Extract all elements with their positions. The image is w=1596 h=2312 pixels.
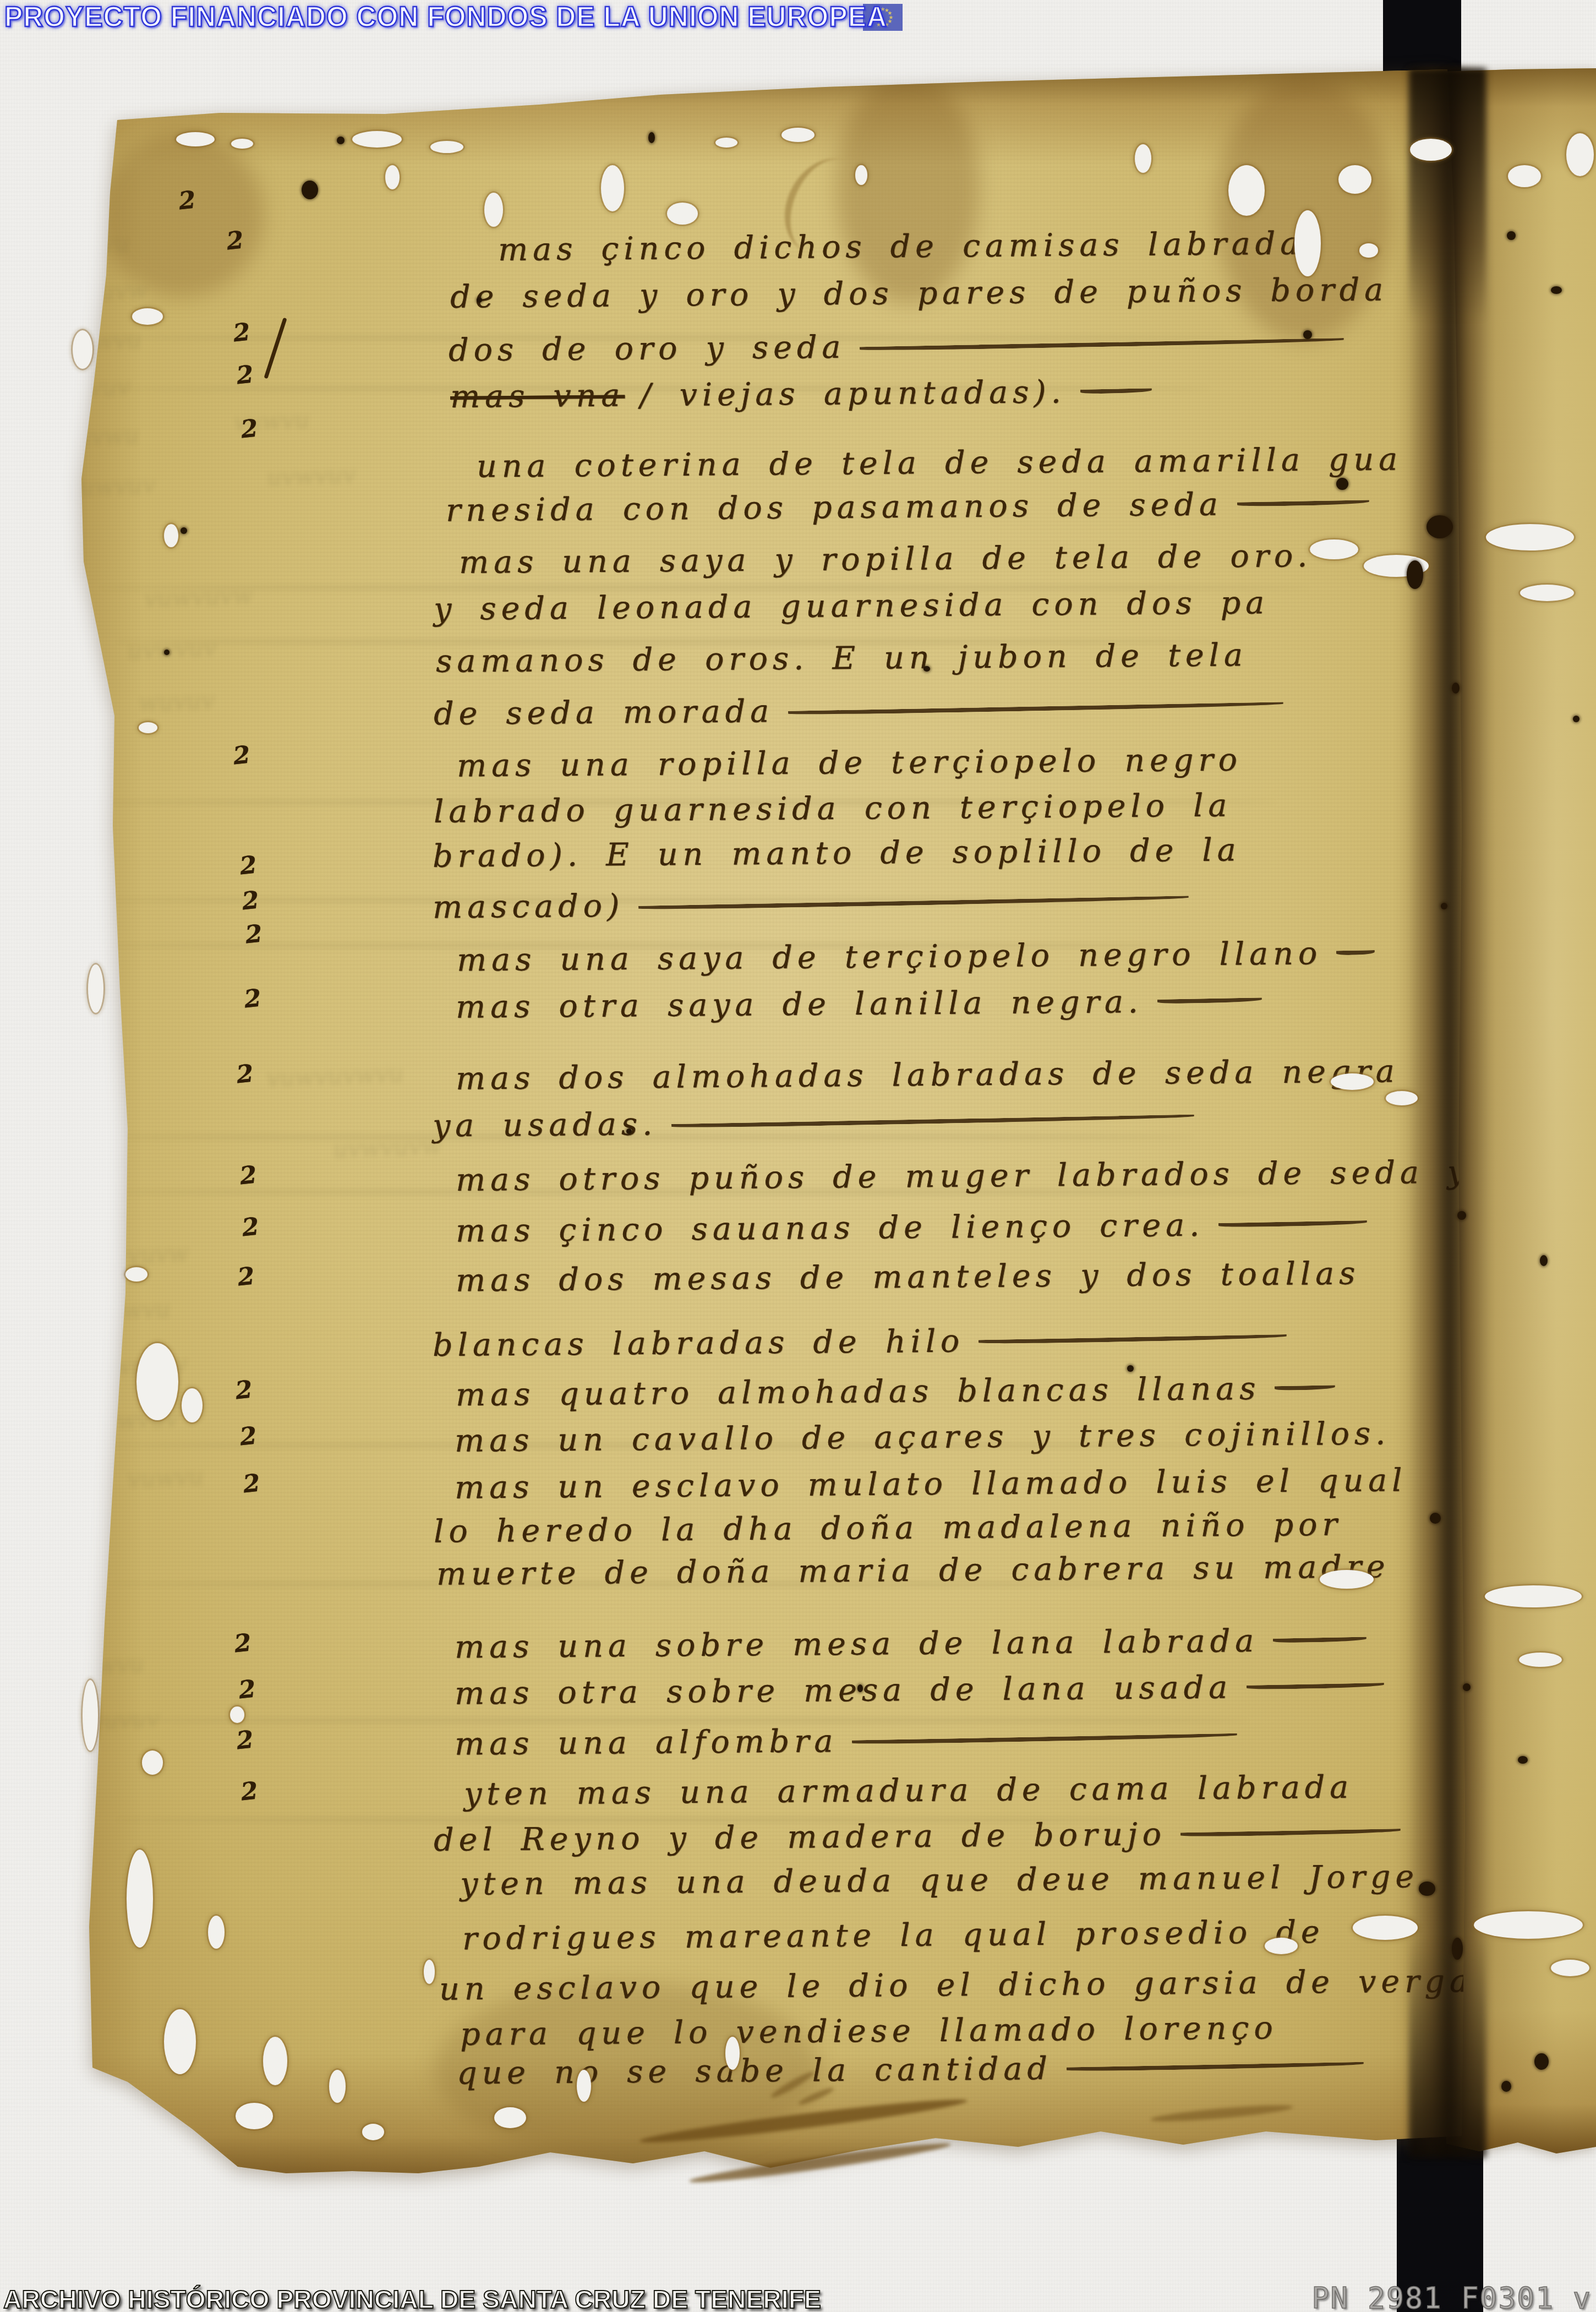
paper-damage-spot — [484, 193, 503, 227]
margin-mark-2: 2 — [225, 226, 245, 256]
manuscript-page-content: uvuwvuwuvuvwvuwvuuvwvuvvuvwuuwvuvvuwvuvw… — [50, 66, 1469, 2191]
paper-damage-spot — [430, 141, 463, 153]
manuscript-line: ya usadas. — [433, 1098, 1195, 1148]
manuscript-line: muerte de doña maria de cabrera su madre — [436, 1545, 1390, 1596]
paper-damage-spot — [182, 1388, 203, 1422]
manuscript-line: mas una saya de terçiopelo negro llano — [457, 931, 1375, 982]
manuscript-line: una coterina de tela de seda amarilla gu… — [477, 437, 1403, 488]
margin-mark-2: 2 — [244, 920, 264, 950]
archive-name-caption: ARCHIVO HISTÓRICO PROVINCIAL DE SANTA CR… — [3, 2284, 821, 2312]
entry-fill-rule — [1067, 2062, 1364, 2072]
manuscript-line: brado). E un manto de soplillo de la — [433, 828, 1241, 879]
manuscript-line: samanos de oros. E un jubon de tela — [436, 633, 1248, 684]
paper-damage-spot — [577, 2070, 591, 2102]
manuscript-line: mas un cavallo de açares y tres cojinill… — [455, 1411, 1391, 1463]
wormhole-spot — [1441, 903, 1447, 909]
paper-damage-spot — [125, 1267, 147, 1282]
margin-mark-2: 2 — [236, 1262, 256, 1292]
paper-damage-spot — [667, 203, 698, 225]
manuscript-line: mas otros puños de muger labrados de sed… — [456, 1149, 1562, 1202]
paper-damage-spot — [1474, 1911, 1583, 1939]
wormhole-spot — [626, 1128, 632, 1134]
entry-fill-rule — [638, 896, 1189, 910]
paper-damage-spot — [1519, 1653, 1562, 1667]
paper-damage-spot — [1508, 165, 1541, 187]
wormhole-spot — [1336, 478, 1348, 490]
wormhole-spot — [648, 132, 655, 143]
paper-damage-spot — [715, 138, 737, 148]
wormhole-spot — [1452, 1938, 1463, 1960]
entry-fill-rule — [1275, 1385, 1335, 1391]
margin-mark-2: 2 — [235, 1726, 255, 1755]
wormhole-spot — [1457, 1211, 1466, 1220]
scanned-archive-page: uvuwvuwuvuvwvuwvuuvwvuvvuvwuuwvuvvuwvuvw… — [0, 0, 1596, 2312]
wormhole-spot — [1303, 330, 1312, 339]
wormhole-spot — [1518, 1756, 1528, 1764]
wormhole-spot — [337, 137, 345, 144]
wormhole-spot — [477, 297, 482, 303]
paper-damage-spot — [1410, 139, 1452, 161]
paper-damage-spot — [781, 128, 815, 142]
margin-mark-2: 2 — [233, 1629, 253, 1659]
wormhole-spot — [1452, 683, 1460, 694]
wormhole-spot — [1551, 286, 1562, 294]
paper-damage-spot — [142, 1751, 163, 1775]
paper-damage-spot — [1551, 1960, 1589, 1976]
wormhole-spot — [1430, 1513, 1441, 1524]
paper-damage-spot — [424, 1960, 435, 1984]
paper-damage-spot — [164, 524, 178, 547]
wormhole-spot — [1501, 2081, 1511, 2092]
struck-text: mas vna — [450, 378, 625, 415]
paper-damage-spot — [1331, 1073, 1374, 1090]
paper-damage-spot — [236, 2103, 273, 2129]
paper-damage-spot — [1386, 1091, 1418, 1105]
paper-damage-spot — [164, 2009, 196, 2074]
margin-mark-2: 2 — [234, 1376, 254, 1405]
paper-damage-spot — [1566, 133, 1594, 176]
paper-damage-spot — [136, 1343, 178, 1420]
margin-mark-2: 2 — [242, 1469, 261, 1499]
banner-top: PROYECTO FINANCIADO CON FONDOS DE LA UNI… — [4, 0, 924, 34]
entry-fill-rule — [1157, 997, 1262, 1004]
paper-damage-spot — [1265, 1938, 1298, 1954]
wormhole-spot — [1507, 231, 1516, 240]
manuscript-line: mas una saya y ropilla de tela de oro. — [459, 534, 1313, 585]
paper-damage-spot — [1294, 210, 1321, 276]
manuscript-line: y seda leonada guarnesida con dos pa — [434, 581, 1270, 631]
paper-damage-spot — [1228, 165, 1265, 216]
paper-damage-spot — [176, 132, 215, 146]
entry-fill-rule — [671, 1115, 1194, 1128]
paper-damage-spot — [1520, 585, 1574, 601]
margin-mark-2: 2 — [235, 361, 255, 390]
paper-damage-spot — [139, 722, 157, 733]
paper-damage-spot — [855, 165, 867, 185]
entry-fill-rule — [1273, 1637, 1367, 1643]
manuscript-line: mas quatro almohadas blancas llanas — [456, 1366, 1336, 1417]
entry-fill-rule — [979, 1334, 1287, 1344]
manuscript-line: blancas labradas de hilo — [433, 1317, 1287, 1367]
entry-fill-rule — [852, 1733, 1237, 1745]
paper-damage-spot — [208, 1916, 225, 1949]
paper-damage-spot — [1485, 1585, 1582, 1607]
margin-mark-2: 2 — [177, 186, 197, 216]
manuscript-line: dos de oro y seda — [449, 321, 1344, 373]
paper-damage-spot — [1135, 144, 1151, 173]
paper-damage-spot — [725, 2037, 740, 2070]
manuscript-line: mas una sobre mesa de lana labrada — [455, 1618, 1367, 1669]
paper-damage-spot — [1359, 243, 1378, 258]
manuscript-line: mas dos mesas de manteles y dos toallas — [456, 1252, 1360, 1303]
wormhole-spot — [923, 666, 930, 672]
manuscript-line: yten mas una deuda que deue manuel Jorge — [460, 1855, 1419, 1906]
paper-damage-spot — [231, 139, 253, 149]
margin-mark-2: 2 — [239, 415, 259, 444]
paper-damage-spot — [263, 2037, 287, 2085]
margin-mark-2: 2 — [232, 318, 252, 348]
wormhole-spot — [164, 650, 170, 655]
entry-fill-rule — [1180, 1829, 1401, 1837]
margin-mark-2: 2 — [239, 1777, 259, 1807]
entry-fill-rule — [788, 702, 1283, 715]
manuscript-line: mascado) — [433, 880, 1189, 930]
manuscript-line: labrado guarnesida con terçiopelo la — [434, 783, 1232, 833]
paper-damage-spot — [494, 2107, 526, 2128]
paper-damage-spot — [329, 2070, 346, 2103]
paper-damage-spot — [352, 131, 402, 148]
manuscript-line: mas otra saya de lanilla negra. — [456, 979, 1262, 1029]
entry-fill-rule — [1080, 388, 1152, 394]
banner-top-text: PROYECTO FINANCIADO CON FONDOS DE LA UNI… — [4, 1, 887, 34]
paper-damage-spot — [385, 165, 400, 189]
paper-damage-spot — [1338, 165, 1371, 194]
manuscript-line: mas una alfombra — [455, 1716, 1238, 1766]
margin-slash-mark — [264, 318, 287, 379]
paper-damage-spot — [1353, 1916, 1418, 1940]
entry-fill-rule — [1237, 500, 1369, 506]
margin-mark-2: 2 — [238, 851, 258, 881]
paper-damage-spot — [1310, 539, 1358, 559]
manuscript-line: yten mas una armadura de cama labrada — [464, 1765, 1354, 1817]
page-gutter-shadow-bottom — [1409, 1938, 1486, 2158]
page-gutter-shadow — [1407, 68, 1489, 2153]
margin-mark-2: 2 — [241, 1213, 260, 1242]
wormhole-spot — [1540, 1255, 1548, 1266]
manuscript-line: un esclavo que le dio el dicho garsia de… — [439, 1959, 1517, 2011]
manuscript-line: que no se sabe la cantidad — [457, 2044, 1364, 2096]
wormhole-spot — [1419, 1882, 1435, 1896]
entry-fill-rule — [1247, 1683, 1384, 1690]
wormhole-spot — [1426, 515, 1453, 538]
paper-damage-spot — [132, 308, 163, 325]
image-reference-code: PN_2981_F0301_v — [1311, 2282, 1592, 2312]
wormhole-spot — [857, 1684, 863, 1692]
wormhole-spot — [1407, 560, 1423, 589]
entry-fill-rule — [860, 338, 1344, 351]
manuscript-line: del Reyno y de madera de borujo — [434, 1811, 1401, 1862]
wormhole-spot — [1463, 1683, 1471, 1691]
wormhole-spot — [1127, 1365, 1134, 1372]
margin-mark-2: 2 — [238, 1422, 258, 1452]
margin-mark-2: 2 — [232, 741, 252, 771]
manuscript-line: mas una ropilla de terçiopelo negro — [457, 738, 1242, 788]
margin-mark-2: 2 — [238, 1161, 258, 1191]
manuscript-line: mas çinco dichos de camisas labradas — [498, 221, 1325, 272]
paper-damage-spot — [362, 2124, 384, 2140]
manuscript-page: uvuwvuwuvuvwvuwvuuvwvuvvuvwuuwvuvvuwvuvw… — [50, 66, 1469, 2191]
manuscript-line: mas dos almohadas labradas de seda negra — [456, 1049, 1400, 1100]
paper-damage-spot — [1320, 1570, 1374, 1589]
page-gutter-shadow-top — [1409, 68, 1486, 321]
manuscript-line: mas un esclavo mulato llamado luis el qu… — [455, 1458, 1407, 1510]
margin-mark-2: 2 — [235, 1060, 255, 1089]
manuscript-line: mas çinco sauanas de lienço crea. — [456, 1202, 1368, 1253]
wormhole-spot — [1534, 2053, 1549, 2070]
manuscript-line: de seda morada — [434, 685, 1284, 736]
paper-damage-spot — [73, 330, 92, 369]
paper-damage-spot — [83, 1680, 98, 1751]
paper-damage-spot — [88, 964, 103, 1013]
wormhole-spot — [1573, 716, 1579, 722]
margin-mark-2: 2 — [243, 984, 263, 1014]
manuscript-line: rnesida con dos pasamanos de seda — [446, 481, 1370, 532]
manuscript-line: rodrigues mareante la qual prosedio de — [462, 1910, 1325, 1961]
paper-damage-spot — [1486, 524, 1574, 550]
entry-fill-rule — [1218, 1220, 1367, 1228]
paper-damage-spot — [127, 1850, 153, 1948]
margin-mark-2: 2 — [237, 1675, 257, 1705]
wormhole-spot — [181, 527, 187, 534]
wormhole-spot — [302, 181, 318, 199]
margin-mark-2: 2 — [241, 886, 260, 916]
paper-damage-spot — [601, 165, 624, 211]
manuscript-line: mas otra sobre mesa de lana usada — [455, 1664, 1385, 1715]
entry-fill-rule — [1336, 950, 1375, 955]
paper-damage-spot — [230, 1706, 244, 1723]
manuscript-line: de seda y oro y dos pares de puños borda — [450, 268, 1389, 319]
manuscript-line: mas vna/ viejas apuntadas). — [450, 369, 1152, 419]
